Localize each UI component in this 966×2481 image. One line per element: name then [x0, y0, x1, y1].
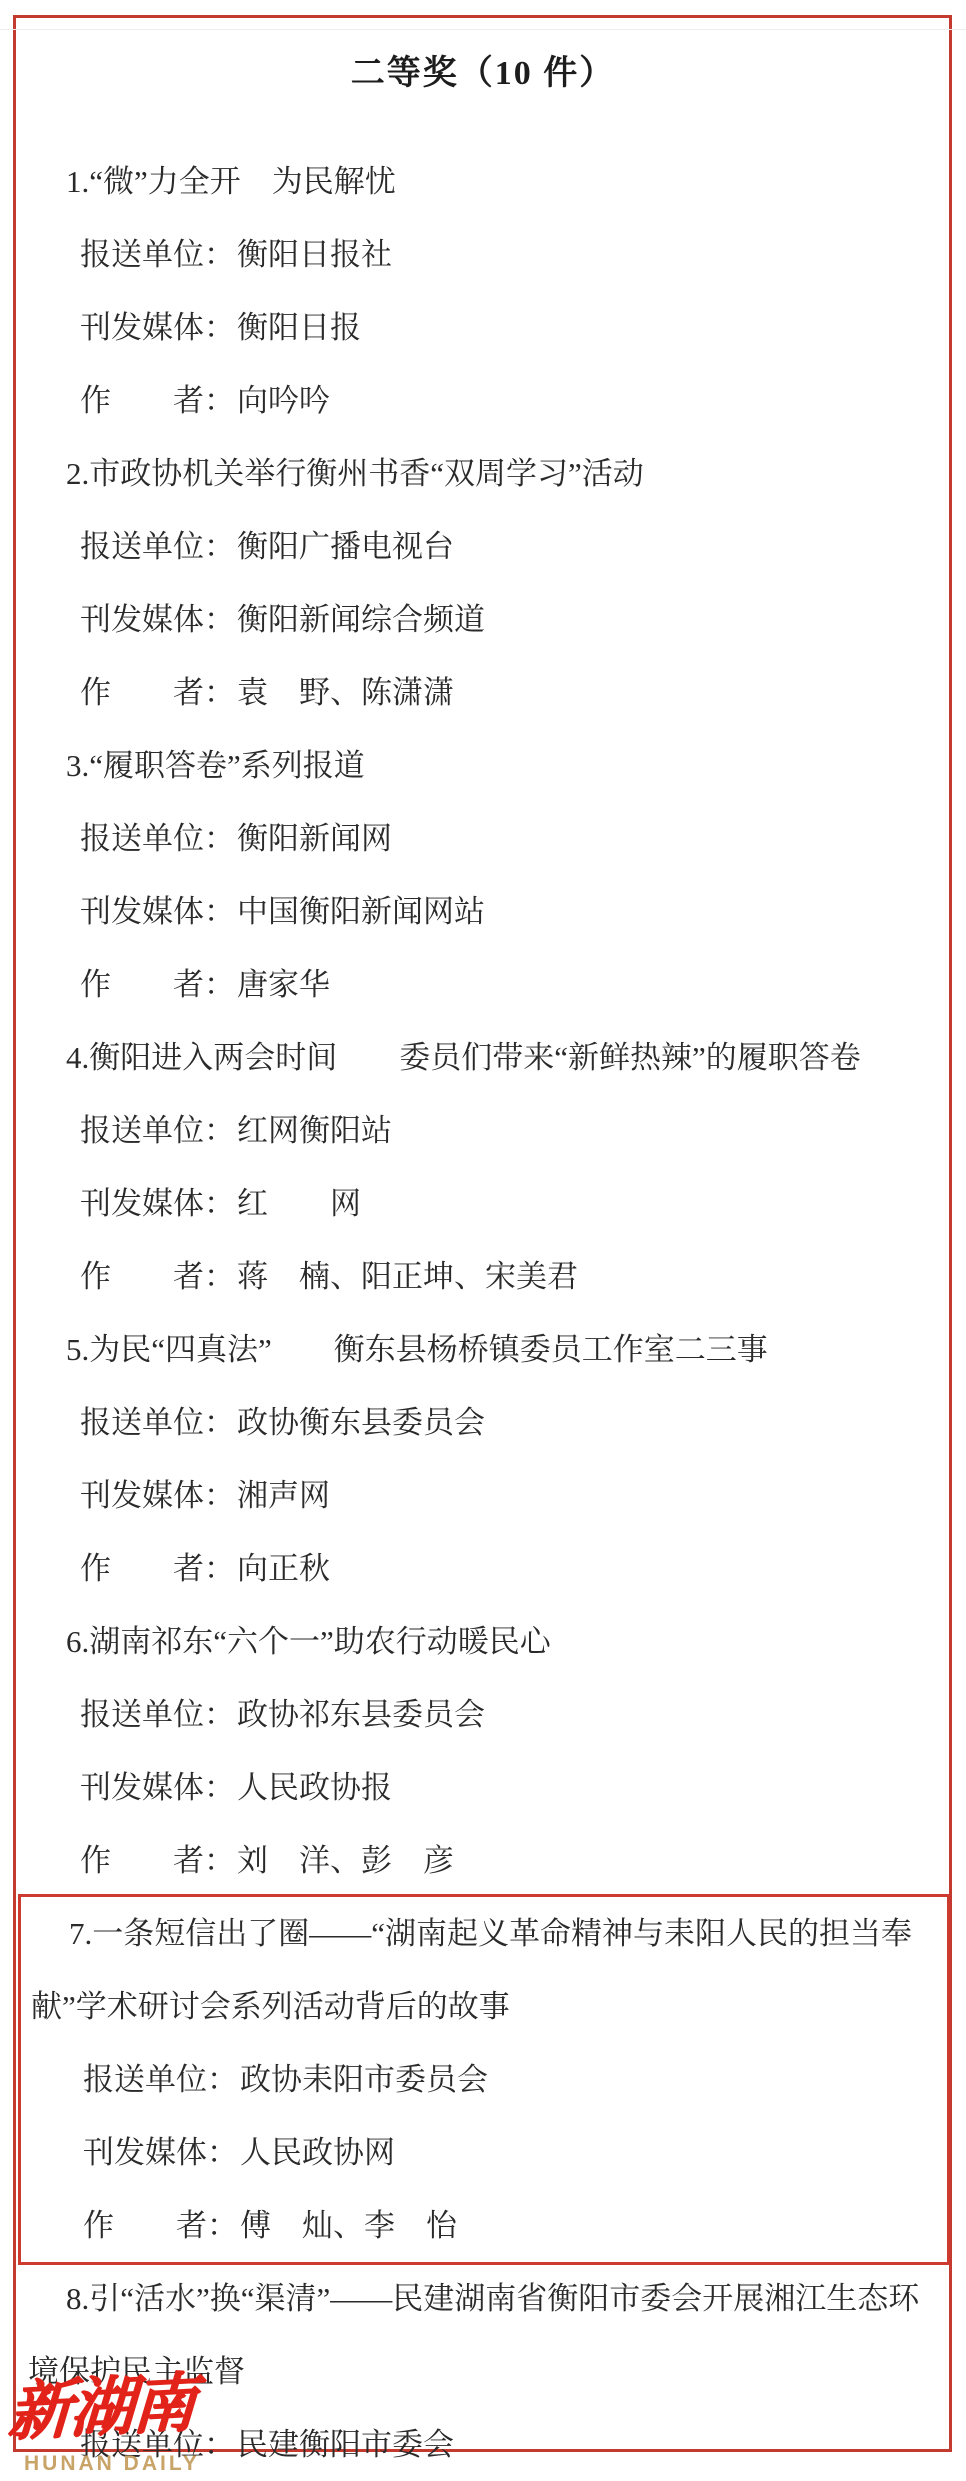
item-title-text: “履职答卷”系列报道 — [89, 748, 365, 783]
unit-label: 报送单位： — [80, 821, 235, 856]
media-label: 刊发媒体： — [80, 602, 235, 637]
unit-row: 报送单位：政协祁东县委员会 — [28, 1678, 950, 1751]
item-number: 6. — [66, 1624, 89, 1659]
author-row: 作 者：刘 洋、彭 彦 — [28, 1824, 950, 1897]
media-label: 刊发媒体： — [80, 310, 235, 345]
item-number: 3. — [66, 748, 89, 783]
item-title: 7.一条短信出了圈——“湖南起义革命精神与耒阳人民的担当奉献”学术研讨会系列活动… — [31, 1897, 947, 2043]
item-number: 7. — [69, 1916, 92, 1951]
media-row: 刊发媒体：衡阳新闻综合频道 — [28, 583, 950, 656]
author-value: 刘 洋、彭 彦 — [237, 1843, 454, 1878]
unit-row: 报送单位：衡阳新闻网 — [28, 802, 950, 875]
author-row: 作 者：向正秋 — [28, 1532, 950, 1605]
author-label: 作 者： — [80, 967, 235, 1002]
item-number: 1. — [66, 164, 89, 199]
media-row: 刊发媒体：湘声网 — [28, 1459, 950, 1532]
item-title: 1.“微”力全开 为民解忧 — [28, 145, 950, 218]
hunan-daily-logo-text: HUNAN DAILY — [24, 2452, 200, 2476]
media-value: 衡阳新闻综合频道 — [237, 602, 485, 637]
unit-value: 衡阳日报社 — [237, 237, 392, 272]
unit-value: 民建衡阳市委会 — [237, 2427, 454, 2462]
award-item-1: 1.“微”力全开 为民解忧 报送单位：衡阳日报社 刊发媒体：衡阳日报 作 者：向… — [28, 145, 950, 437]
unit-value: 政协衡东县委员会 — [237, 1405, 485, 1440]
award-item-6: 6.湖南祁东“六个一”助农行动暖民心 报送单位：政协祁东县委员会 刊发媒体：人民… — [28, 1605, 950, 1897]
award-item-4: 4.衡阳进入两会时间 委员们带来“新鲜热辣”的履职答卷 报送单位：红网衡阳站 刊… — [28, 1021, 950, 1313]
item-number: 2. — [66, 456, 89, 491]
scan-artifact-line — [0, 29, 966, 30]
author-label: 作 者： — [80, 675, 235, 710]
media-row: 刊发媒体：红 网 — [28, 1167, 950, 1240]
item-title-text: 市政协机关举行衡州书香“双周学习”活动 — [89, 456, 644, 491]
award-item-2: 2.市政协机关举行衡州书香“双周学习”活动 报送单位：衡阳广播电视台 刊发媒体：… — [28, 437, 950, 729]
author-value: 袁 野、陈潇潇 — [237, 675, 454, 710]
award-item-5: 5.为民“四真法” 衡东县杨桥镇委员工作室二三事 报送单位：政协衡东县委员会 刊… — [28, 1313, 950, 1605]
item-title: 5.为民“四真法” 衡东县杨桥镇委员工作室二三事 — [28, 1313, 950, 1386]
award-item-3: 3.“履职答卷”系列报道 报送单位：衡阳新闻网 刊发媒体：中国衡阳新闻网站 作 … — [28, 729, 950, 1021]
media-value: 红 网 — [237, 1186, 361, 1221]
unit-label: 报送单位： — [80, 237, 235, 272]
item-title: 2.市政协机关举行衡州书香“双周学习”活动 — [28, 437, 950, 510]
author-row: 作 者：蒋 楠、阳正坤、宋美君 — [28, 1240, 950, 1313]
media-label: 刊发媒体： — [80, 1770, 235, 1805]
unit-label: 报送单位： — [80, 529, 235, 564]
author-row: 作 者：唐家华 — [28, 948, 950, 1021]
author-value: 向正秋 — [237, 1551, 330, 1586]
xinhunan-logo: 新湖南 — [6, 2351, 197, 2453]
item-title: 6.湖南祁东“六个一”助农行动暖民心 — [28, 1605, 950, 1678]
award-list: 1.“微”力全开 为民解忧 报送单位：衡阳日报社 刊发媒体：衡阳日报 作 者：向… — [28, 145, 950, 2481]
item-title-text: 为民“四真法” 衡东县杨桥镇委员工作室二三事 — [89, 1332, 768, 1367]
unit-label: 报送单位： — [80, 1697, 235, 1732]
item-title-text: 湖南祁东“六个一”助农行动暖民心 — [89, 1624, 551, 1659]
unit-label: 报送单位： — [83, 2062, 238, 2097]
unit-row: 报送单位：红网衡阳站 — [28, 1094, 950, 1167]
author-value: 向吟吟 — [237, 383, 330, 418]
item-title-text: “微”力全开 为民解忧 — [89, 164, 396, 199]
unit-value: 衡阳广播电视台 — [237, 529, 454, 564]
author-label: 作 者： — [80, 1259, 235, 1294]
unit-label: 报送单位： — [80, 1113, 235, 1148]
author-row: 作 者：袁 野、陈潇潇 — [28, 656, 950, 729]
author-value: 傅 灿、李 怡 — [240, 2208, 457, 2243]
media-label: 刊发媒体： — [80, 894, 235, 929]
item-title-text: 一条短信出了圈——“湖南起义革命精神与耒阳人民的担当奉献”学术研讨会系列活动背后… — [31, 1916, 912, 2024]
unit-value: 红网衡阳站 — [237, 1113, 392, 1148]
author-label: 作 者： — [80, 1843, 235, 1878]
media-value: 中国衡阳新闻网站 — [237, 894, 485, 929]
unit-row: 报送单位：政协耒阳市委员会 — [31, 2043, 947, 2116]
author-value: 蒋 楠、阳正坤、宋美君 — [237, 1259, 578, 1294]
highlight-box-award-item-7: 7.一条短信出了圈——“湖南起义革命精神与耒阳人民的担当奉献”学术研讨会系列活动… — [18, 1894, 950, 2265]
item-title-text: 衡阳进入两会时间 委员们带来“新鲜热辣”的履职答卷 — [89, 1040, 861, 1075]
item-number: 4. — [66, 1040, 89, 1075]
media-row: 刊发媒体：人民政协网 — [31, 2116, 947, 2189]
media-label: 刊发媒体： — [83, 2135, 238, 2170]
author-row: 作 者：傅 灿、李 怡 — [31, 2189, 947, 2262]
media-row: 刊发媒体：衡阳日报 — [28, 291, 950, 364]
media-label: 刊发媒体： — [80, 1478, 235, 1513]
document-page: 二等奖（10 件） 1.“微”力全开 为民解忧 报送单位：衡阳日报社 刊发媒体：… — [0, 0, 966, 2481]
item-title: 4.衡阳进入两会时间 委员们带来“新鲜热辣”的履职答卷 — [28, 1021, 950, 1094]
author-value: 唐家华 — [237, 967, 330, 1002]
media-value: 人民政协报 — [237, 1770, 392, 1805]
page-title: 二等奖（10 件） — [0, 45, 966, 94]
unit-row: 报送单位：衡阳日报社 — [28, 218, 950, 291]
author-label: 作 者： — [80, 383, 235, 418]
unit-value: 衡阳新闻网 — [237, 821, 392, 856]
item-title: 3.“履职答卷”系列报道 — [28, 729, 950, 802]
item-number: 8. — [66, 2281, 89, 2316]
author-label: 作 者： — [80, 1551, 235, 1586]
media-row: 刊发媒体：人民政协报 — [28, 1751, 950, 1824]
unit-value: 政协祁东县委员会 — [237, 1697, 485, 1732]
media-value: 人民政协网 — [240, 2135, 395, 2170]
media-value: 衡阳日报 — [237, 310, 361, 345]
media-row: 刊发媒体：中国衡阳新闻网站 — [28, 875, 950, 948]
item-number: 5. — [66, 1332, 89, 1367]
author-label: 作 者： — [83, 2208, 238, 2243]
unit-label: 报送单位： — [80, 1405, 235, 1440]
unit-row: 报送单位：衡阳广播电视台 — [28, 510, 950, 583]
unit-value: 政协耒阳市委员会 — [240, 2062, 488, 2097]
media-label: 刊发媒体： — [80, 1186, 235, 1221]
author-row: 作 者：向吟吟 — [28, 364, 950, 437]
unit-row: 报送单位：政协衡东县委员会 — [28, 1386, 950, 1459]
media-value: 湘声网 — [237, 1478, 330, 1513]
